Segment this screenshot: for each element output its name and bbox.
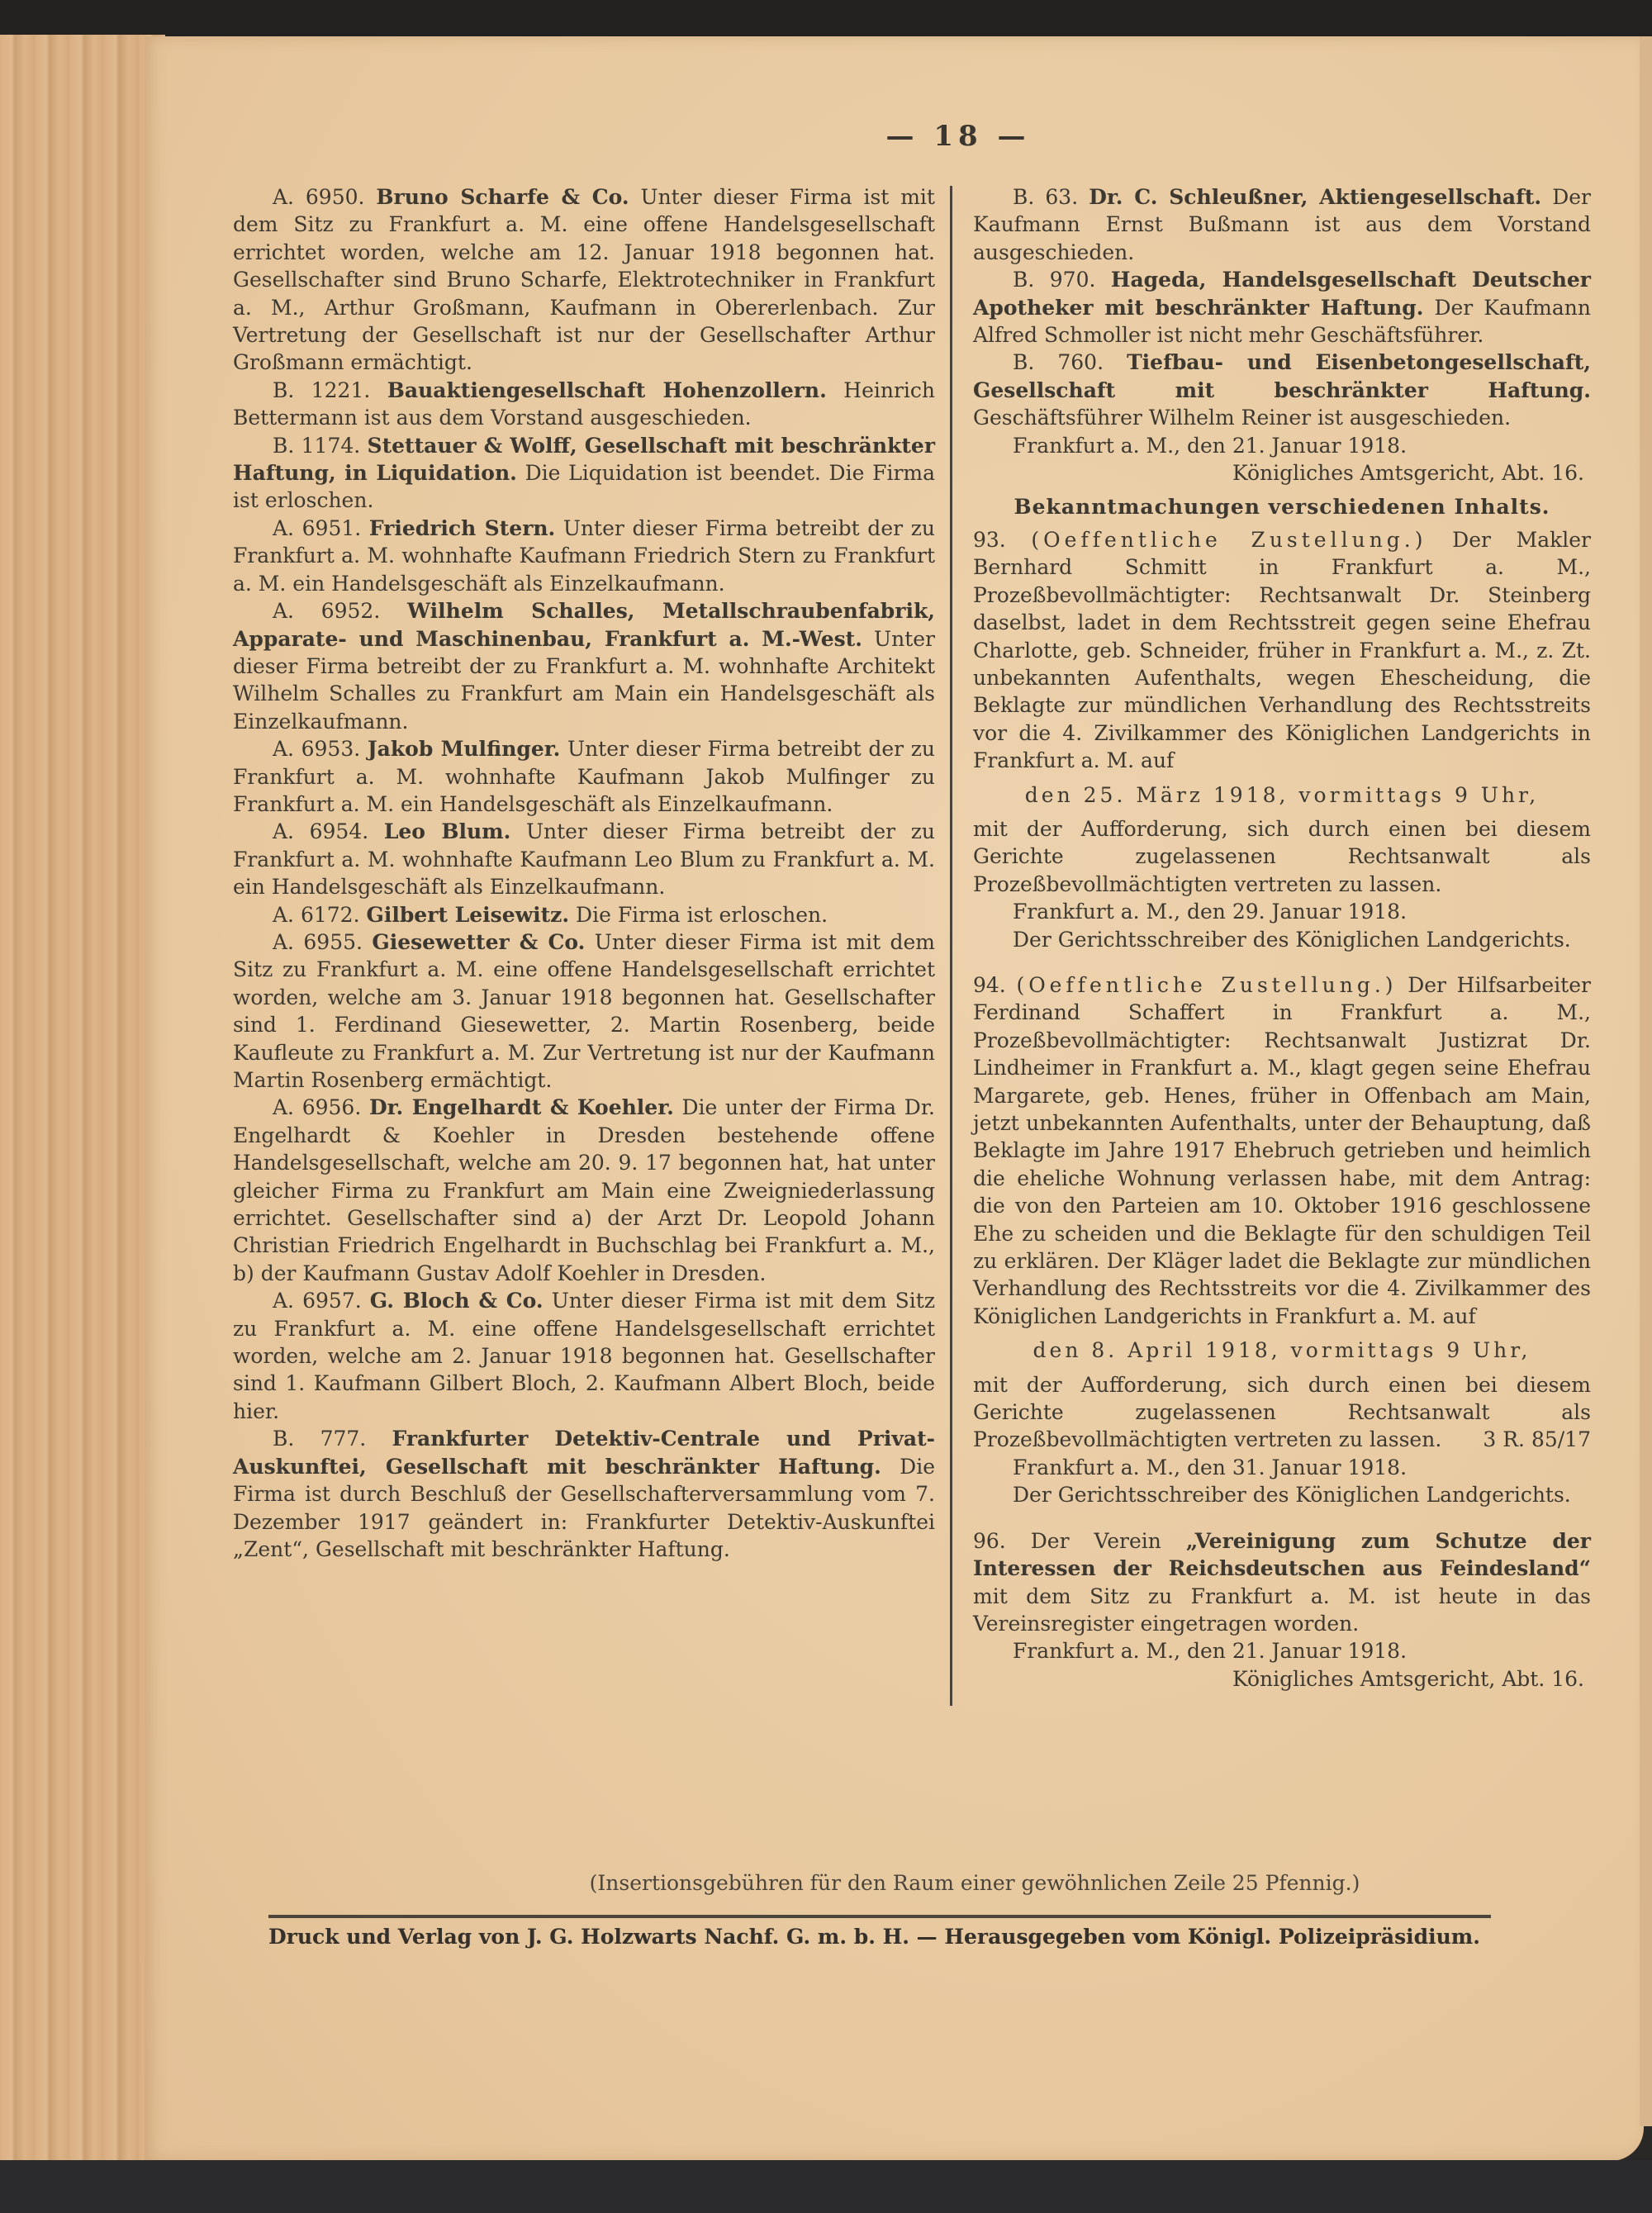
page-number: — 18 —: [876, 120, 1041, 153]
court-signature: Königliches Amtsgericht, Abt. 16.: [973, 459, 1591, 487]
notice-94: 94. (Oeffentliche Zustellung.) Der Hilfs…: [973, 971, 1591, 1330]
entry-firm: Jakob Mulfinger.: [368, 737, 561, 761]
place-date: Frankfurt a. M., den 31. Januar 1918.: [973, 1454, 1591, 1481]
summons-text: mit der Aufforderung, sich durch einen b…: [973, 1371, 1591, 1454]
entry-firm: Bruno Scharfe & Co.: [376, 185, 629, 209]
register-entry: B. 970. Hageda, Handelsgesellschaft Deut…: [973, 266, 1591, 349]
register-entry: A. 6957. G. Bloch & Co. Unter dieser Fir…: [233, 1287, 935, 1425]
spacer: [973, 953, 1591, 971]
notice-text: Der Makler Bernhard Schmitt in Frankfurt…: [973, 528, 1591, 772]
entry-text: Geschäftsführer Wilhelm Reiner ist ausge…: [973, 406, 1511, 430]
entry-ref: A. 6957.: [273, 1289, 362, 1313]
notice-93: 93. (Oeffentliche Zustellung.) Der Makle…: [973, 526, 1591, 775]
entry-text: Die unter der Firma Dr. Engelhardt & Koe…: [233, 1095, 935, 1285]
notice-heading: (Oeffentliche Zustellung.): [1031, 528, 1427, 552]
entry-firm: Dr. Engelhardt & Koehler.: [369, 1095, 674, 1119]
entry-text: Unter dieser Firma ist mit dem Sitz zu F…: [233, 185, 935, 374]
clerk-signature: Der Gerichtsschreiber des Königlichen La…: [973, 926, 1591, 953]
register-entry: B. 777. Frankfurter Detektiv-Centrale un…: [233, 1425, 935, 1563]
register-entry: A. 6956. Dr. Engelhardt & Koehler. Die u…: [233, 1094, 935, 1287]
entry-text: Die Firma ist erloschen.: [576, 903, 828, 927]
entry-ref: A. 6951.: [273, 516, 361, 540]
scan-background-bottom: [0, 2160, 1652, 2213]
hearing-date: den 8. April 1918, vormittags 9 Uhr,: [973, 1337, 1591, 1364]
register-entry: A. 6172. Gilbert Leisewitz. Die Firma is…: [233, 901, 935, 928]
notice-heading: (Oeffentliche Zustellung.): [1016, 973, 1397, 997]
register-entry: A. 6953. Jakob Mulfinger. Unter dieser F…: [233, 735, 935, 818]
register-entry: B. 1221. Bauaktiengesellschaft Hohenzoll…: [233, 377, 935, 432]
entry-firm: Leo Blum.: [384, 819, 511, 843]
entry-ref: A. 6954.: [273, 819, 368, 843]
entry-ref: B. 760.: [1013, 350, 1104, 374]
entry-ref: A. 6955.: [273, 930, 363, 954]
hearing-date: den 25. März 1918, vormittags 9 Uhr,: [973, 781, 1591, 809]
register-entry: A. 6952. Wilhelm Schalles, Metallschraub…: [233, 597, 935, 735]
notice-text: Der Hilfsarbeiter Ferdinand Schaffert in…: [973, 973, 1591, 1328]
page-stack-edges: [0, 35, 165, 2162]
entry-ref: A. 6950.: [273, 185, 364, 209]
publisher-imprint: Druck und Verlag von J. G. Holzwarts Nac…: [268, 1925, 1623, 1949]
register-entry: B. 760. Tiefbau- und Eisenbetongesellsch…: [973, 349, 1591, 431]
register-entry: B. 63. Dr. C. Schleußner, Aktiengesellsc…: [973, 183, 1591, 266]
section-title: Bekanntmachungen verschiedenen Inhalts.: [973, 493, 1591, 520]
entry-ref: A. 6172.: [273, 903, 360, 927]
page-right-edge: [1640, 36, 1652, 2126]
footer-rule: [268, 1915, 1491, 1918]
entry-ref: B. 777.: [273, 1427, 366, 1451]
summons-text: mit der Aufforderung, sich durch einen b…: [973, 815, 1591, 898]
entry-firm: Bauaktiengesellschaft Hohenzollern.: [387, 378, 827, 402]
notice-number: 93.: [973, 528, 1006, 552]
entry-ref: A. 6953.: [273, 737, 360, 761]
right-column: B. 63. Dr. C. Schleußner, Aktiengesellsc…: [973, 183, 1591, 1693]
register-entry: B. 1174. Stettauer & Wolff, Gesellschaft…: [233, 432, 935, 515]
register-entry: A. 6954. Leo Blum. Unter dieser Firma be…: [233, 818, 935, 900]
notice-96: 96. Der Verein „Vereinigung zum Schutze …: [973, 1527, 1591, 1638]
entry-ref: A. 6956.: [273, 1095, 361, 1119]
entry-ref: B. 1221.: [273, 378, 370, 402]
entry-text: Unter dieser Firma ist mit dem Sitz zu F…: [233, 930, 935, 1092]
entry-ref: B. 1174.: [273, 434, 360, 458]
entry-ref: B. 63.: [1013, 185, 1078, 209]
spacer: [973, 1509, 1591, 1527]
place-date: Frankfurt a. M., den 21. Januar 1918.: [973, 432, 1591, 459]
entry-firm: Friedrich Stern.: [369, 516, 555, 540]
court-signature: Königliches Amtsgericht, Abt. 16.: [973, 1665, 1591, 1693]
scan-background-top: [0, 0, 1652, 36]
case-reference: 3 R. 85/17: [1483, 1426, 1591, 1453]
clerk-signature: Der Gerichtsschreiber des Königlichen La…: [973, 1481, 1591, 1508]
entry-ref: A. 6952.: [273, 599, 380, 623]
place-date: Frankfurt a. M., den 29. Januar 1918.: [973, 898, 1591, 925]
column-divider: [950, 186, 952, 1706]
notice-number: 96.: [973, 1529, 1006, 1553]
insertion-fee-note: (Insertionsgebühren für den Raum einer g…: [479, 1871, 1470, 1895]
left-column: A. 6950. Bruno Scharfe & Co. Unter diese…: [233, 183, 935, 1563]
register-entry: A. 6951. Friedrich Stern. Unter dieser F…: [233, 515, 935, 597]
register-entry: A. 6950. Bruno Scharfe & Co. Unter diese…: [233, 183, 935, 377]
entry-firm: Gilbert Leisewitz.: [366, 903, 569, 927]
notice-text-before: Der Verein: [1031, 1529, 1161, 1553]
register-entry: A. 6955. Giesewetter & Co. Unter dieser …: [233, 928, 935, 1094]
entry-firm: Dr. C. Schleußner, Aktiengesellschaft.: [1089, 185, 1541, 209]
entry-firm: Giesewetter & Co.: [372, 930, 585, 954]
entry-ref: B. 970.: [1013, 268, 1095, 292]
entry-firm: G. Bloch & Co.: [370, 1289, 544, 1313]
notice-text-after: mit dem Sitz zu Frankfurt a. M. ist heut…: [973, 1584, 1591, 1636]
place-date: Frankfurt a. M., den 21. Januar 1918.: [973, 1637, 1591, 1664]
notice-number: 94.: [973, 973, 1006, 997]
